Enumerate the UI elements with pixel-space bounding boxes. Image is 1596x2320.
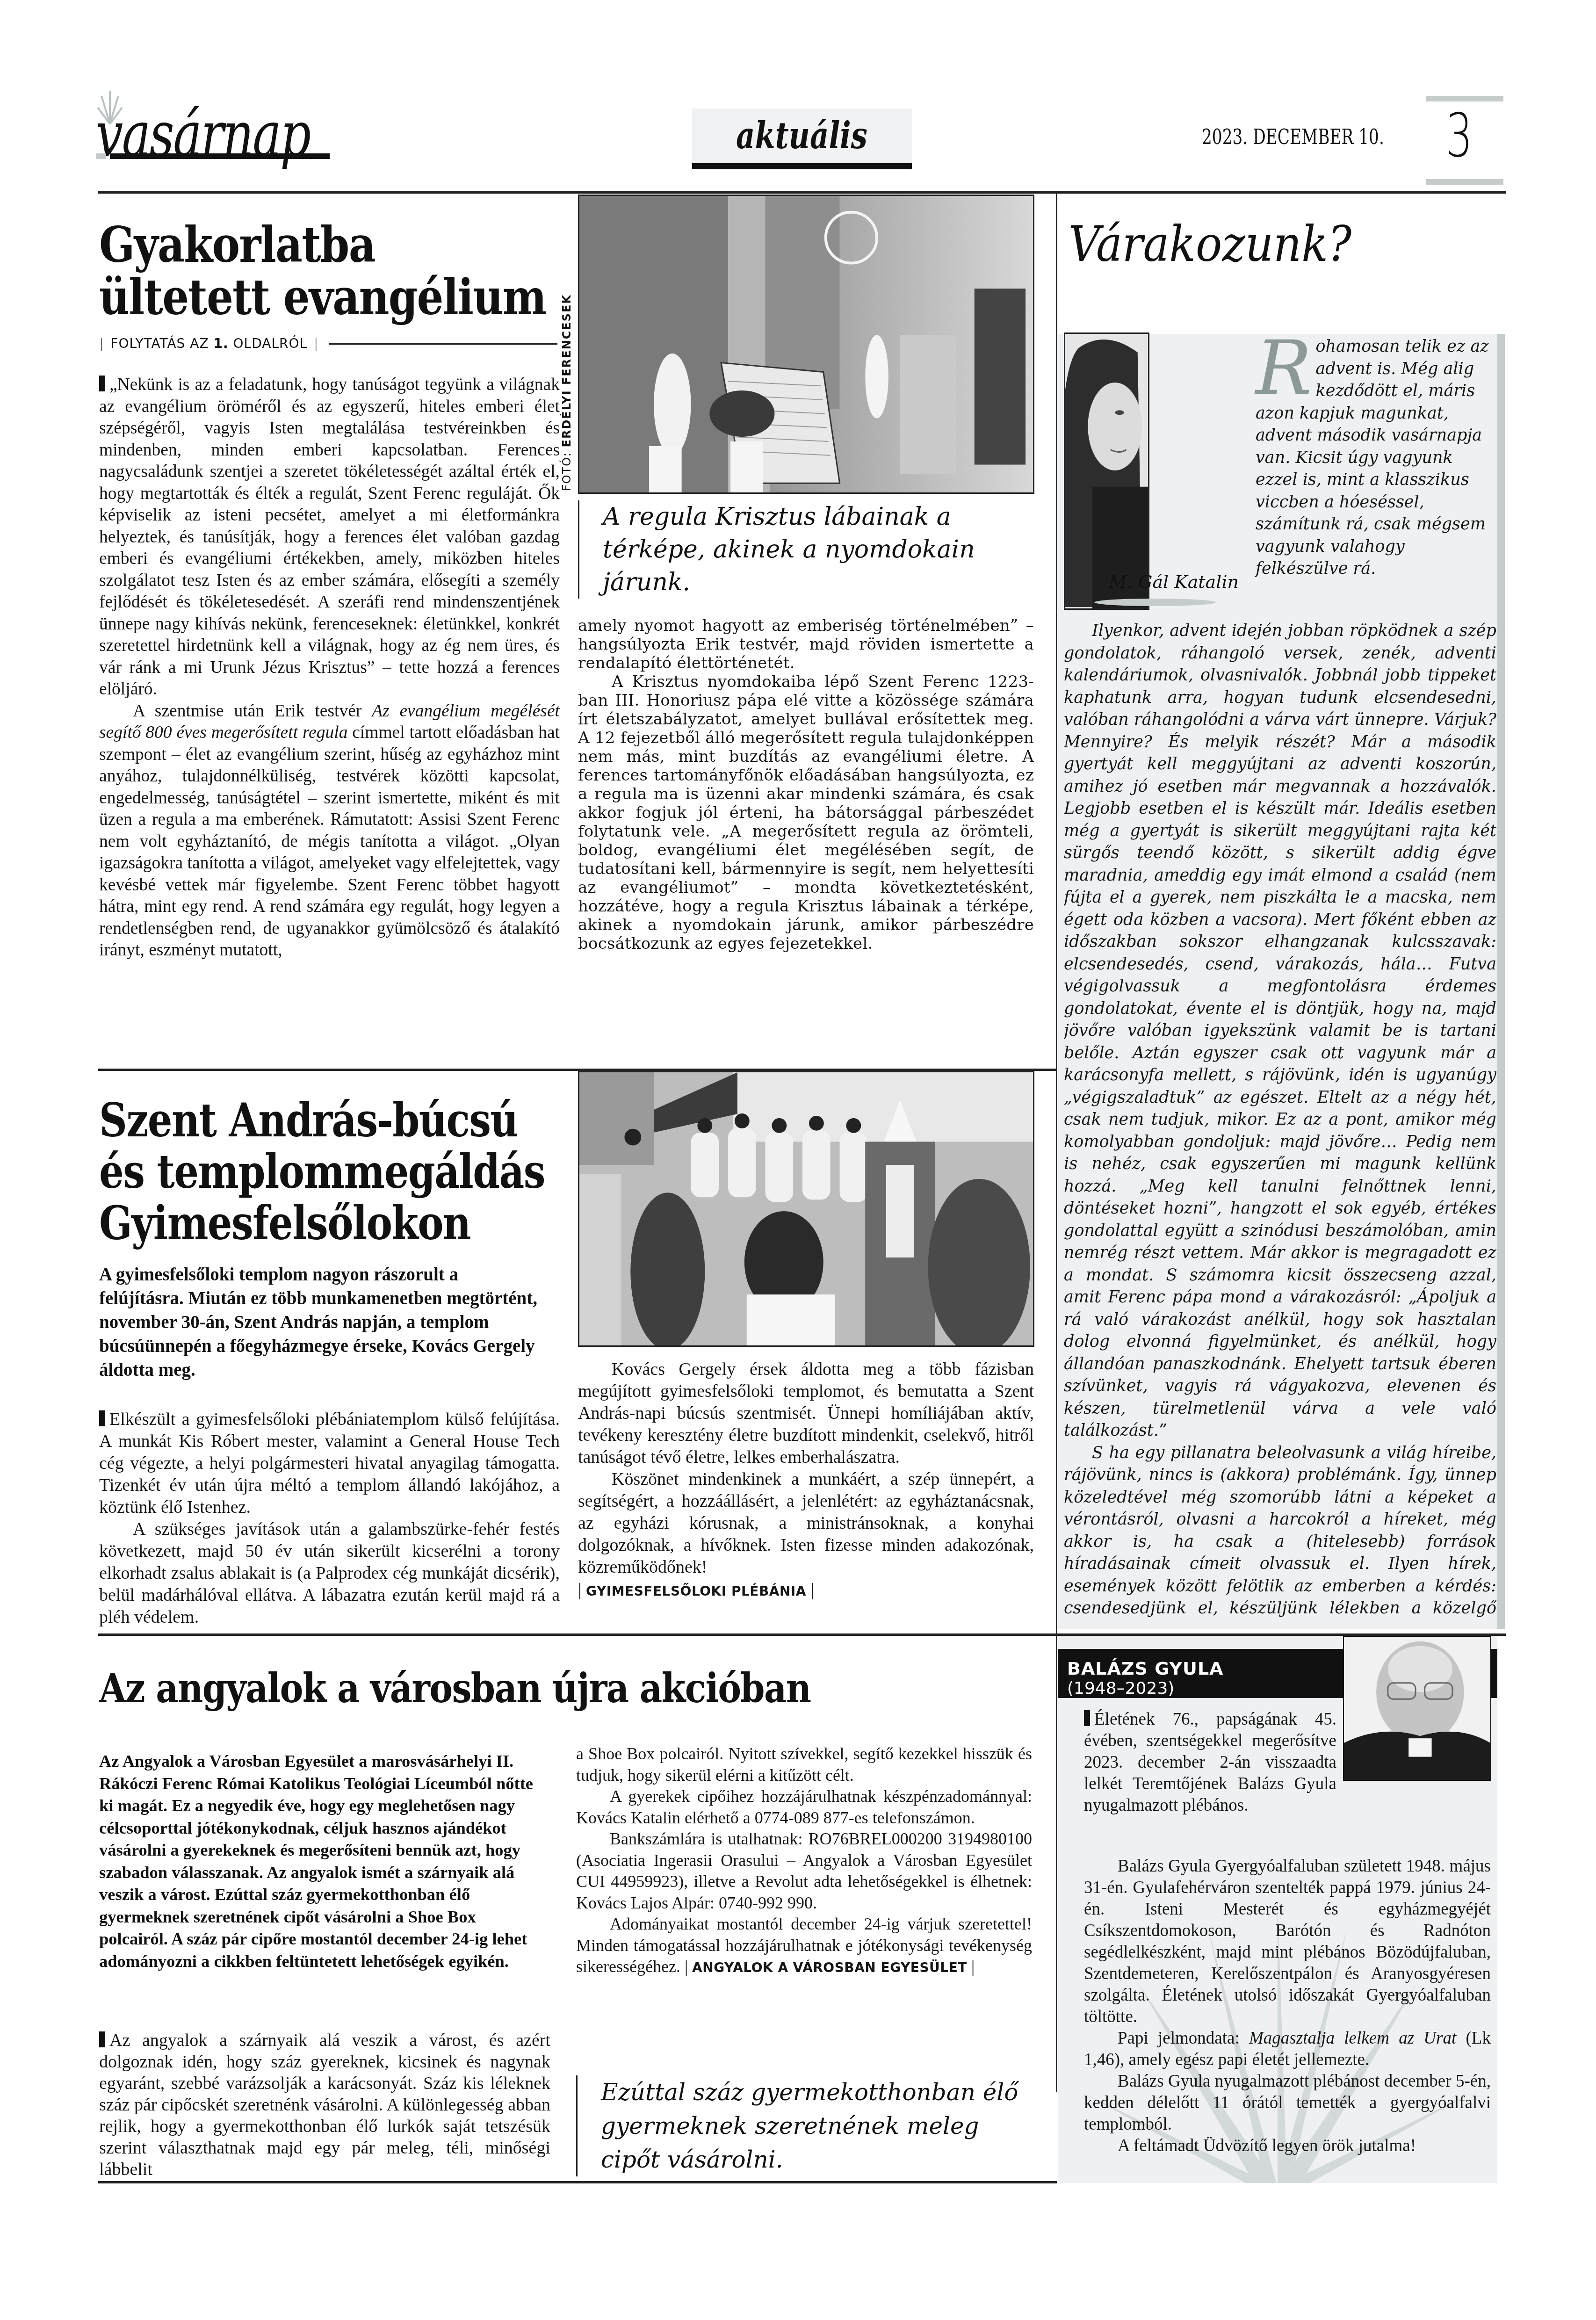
column-body: Ilyenkor, advent idején jobban röpködnek… xyxy=(1064,620,1496,1621)
obituary-box: BALÁZS GYULA (1948–2023) Életének 76., p… xyxy=(1058,1636,1497,2183)
kicker-suffix: OLDALRÓL xyxy=(233,336,308,351)
article2-headline-line3: Gyimesfelsőlokon xyxy=(99,1197,545,1249)
masthead-rule xyxy=(98,191,1506,194)
logo-underline-accent xyxy=(96,153,106,159)
page-number-block: 3 xyxy=(1426,96,1503,185)
kicker-pipe: | xyxy=(99,336,104,351)
article2-byline: | GYIMESFELSŐLOKI PLÉBÁNIA | xyxy=(578,1579,1034,1602)
column-paragraph: S ha egy pillanatra beleolvasunk a világ… xyxy=(1064,1442,1496,1621)
paragraph-marker xyxy=(1084,1710,1090,1726)
obituary-paragraph: Balázs Gyula nyugalmazott plébánost dece… xyxy=(1084,2071,1491,2135)
article3-paragraph: Adományaikat mostantól december 24-ig vá… xyxy=(576,1914,1032,1979)
paragraph-marker xyxy=(99,1410,105,1426)
article2-headline-line1: Szent András-búcsú xyxy=(99,1094,545,1146)
article1-body-col1: „Nekünk is az a feladatunk, hogy tanúság… xyxy=(99,374,560,961)
obituary-image xyxy=(1344,1637,1490,1780)
article1-paragraph: A Krisztus nyomdokaiba lépő Szent Ferenc… xyxy=(578,672,1034,953)
article2-body-col2: Kovács Gergely érsek áldotta meg a több … xyxy=(578,1359,1034,1602)
kicker-pipe: | xyxy=(314,336,318,351)
article1-pullquote: A regula Krisztus lábainak a térképe, ak… xyxy=(578,500,1027,599)
obituary-body: Balázs Gyula Gyergyóalfaluban született … xyxy=(1084,1856,1491,2157)
author-name: M. Gál Katalin xyxy=(1087,571,1260,592)
article1-body-col2: amely nyomot hagyott az emberiség történ… xyxy=(578,616,1034,953)
obituary-name: BALÁZS GYULA xyxy=(1067,1658,1224,1679)
paragraph-marker xyxy=(99,376,105,391)
section-label: aktuális xyxy=(692,108,912,169)
article1-paragraph: amely nyomot hagyott az emberiség történ… xyxy=(578,616,1034,672)
article3-paragraph: Bankszámlára is utalhatnak: RO76BREL0002… xyxy=(576,1829,1032,1914)
article3-pullquote: Ezúttal száz gyermekotthonban élő gyerme… xyxy=(576,2075,1025,2176)
author-name-underline xyxy=(1094,599,1216,606)
article1-headline-line1: Gyakorlatba xyxy=(99,219,546,271)
kicker-prefix: FOLYTATÁS AZ xyxy=(110,336,209,351)
obituary-paragraph: Balázs Gyula Gyergyóalfaluban született … xyxy=(1084,1856,1491,2028)
masthead-logo: vasárnap xyxy=(96,94,348,173)
article1-paragraph: „Nekünk is az a feladatunk, hogy tanúság… xyxy=(99,374,560,701)
article2-headline-line2: és templommegáldás xyxy=(99,1146,545,1197)
paragraph-marker xyxy=(99,2031,105,2047)
article2-paragraph: Elkészült a gyimesfelsőloki plébániatemp… xyxy=(99,1409,560,1518)
article3-paragraph: a Shoe Box polcairól. Nyitott szívekkel,… xyxy=(576,1743,1032,1786)
column-body-top: R ohamosan telik ez az advent is. Még al… xyxy=(1256,336,1489,580)
column-title: Várakozunk? xyxy=(1069,220,1351,268)
article2-lead: A gyimesfelsőloki templom nagyon rászoru… xyxy=(99,1263,543,1382)
section-label-text: aktuális xyxy=(737,115,868,157)
author-image xyxy=(1065,334,1148,608)
obituary-portrait xyxy=(1343,1636,1491,1781)
article2-paragraph: Köszönet mindenkinek a munkáért, a szép … xyxy=(578,1468,1034,1578)
kicker-rule xyxy=(329,343,557,345)
article2-paragraph: Kovács Gergely érsek áldotta meg a több … xyxy=(578,1359,1034,1468)
continuation-note: | FOLYTATÁS AZ 1. OLDALRÓL | xyxy=(99,336,557,351)
issue-date: 2023. DECEMBER 10. xyxy=(1202,125,1384,149)
logo-underline xyxy=(110,153,330,159)
photo-credit: FOTÓ: ERDÉLYI FERENCESEK xyxy=(560,294,573,491)
article2-headline: Szent András-búcsú és templommegáldás Gy… xyxy=(99,1094,545,1249)
obituary-paragraph: Életének 76., papságának 45. évében, sze… xyxy=(1084,1709,1336,1816)
author-portrait xyxy=(1064,332,1149,610)
article3-body-col1: Az angyalok a szárnyaik alá veszik a vár… xyxy=(99,2030,550,2180)
column-paragraph: Ilyenkor, advent idején jobban röpködnek… xyxy=(1064,620,1496,1442)
article3-headline: Az angyalok a városban újra akcióban xyxy=(99,1669,810,1709)
kicker-page-ref[interactable]: 1. xyxy=(213,336,228,351)
article3-body-col2: a Shoe Box polcairól. Nyitott szívekkel,… xyxy=(576,1743,1032,1979)
article1-paragraph: A szentmise után Erik testvér Az evangél… xyxy=(99,701,560,961)
obituary-paragraph: A feltámadt Üdvözítő legyen örök jutalma… xyxy=(1084,2135,1491,2157)
altar-image xyxy=(579,196,1033,492)
column-edge-accent xyxy=(1497,334,1505,1629)
article3-byline: ANGYALOK A VÁROSBAN EGYESÜLET xyxy=(692,1960,967,1975)
altar-photo xyxy=(578,195,1034,494)
article3-paragraph: Az angyalok a szárnyaik alá veszik a vár… xyxy=(99,2030,550,2180)
blessing-image xyxy=(579,1072,1033,1345)
sidebar-divider xyxy=(1056,194,1057,2092)
article3-lead: Az Angyalok a Városban Egyesület a maros… xyxy=(99,1750,548,1972)
article2-paragraph: A szükséges javítások után a galambszürk… xyxy=(99,1518,560,1628)
article1-headline: Gyakorlatba ültetett evangélium xyxy=(99,219,546,324)
bottom-rule xyxy=(98,2181,1057,2183)
blessing-photo xyxy=(578,1071,1034,1347)
article3-paragraph: A gyerekek cipőihez hozzájárulhatnak kés… xyxy=(576,1786,1032,1829)
article1-headline-line2: ültetett evangélium xyxy=(99,271,546,324)
motto: Magasztalja lelkem az Urat xyxy=(1249,2029,1456,2048)
drop-cap: R xyxy=(1256,338,1312,398)
article2-body-col1: Elkészült a gyimesfelsőloki plébániatemp… xyxy=(99,1409,560,1628)
obituary-paragraph: Papi jelmondata: Magasztalja lelkem az U… xyxy=(1084,2028,1491,2071)
page-number: 3 xyxy=(1446,106,1473,166)
page-number-bottom-bar xyxy=(1426,179,1503,185)
obituary-years: (1948–2023) xyxy=(1067,1679,1174,1698)
